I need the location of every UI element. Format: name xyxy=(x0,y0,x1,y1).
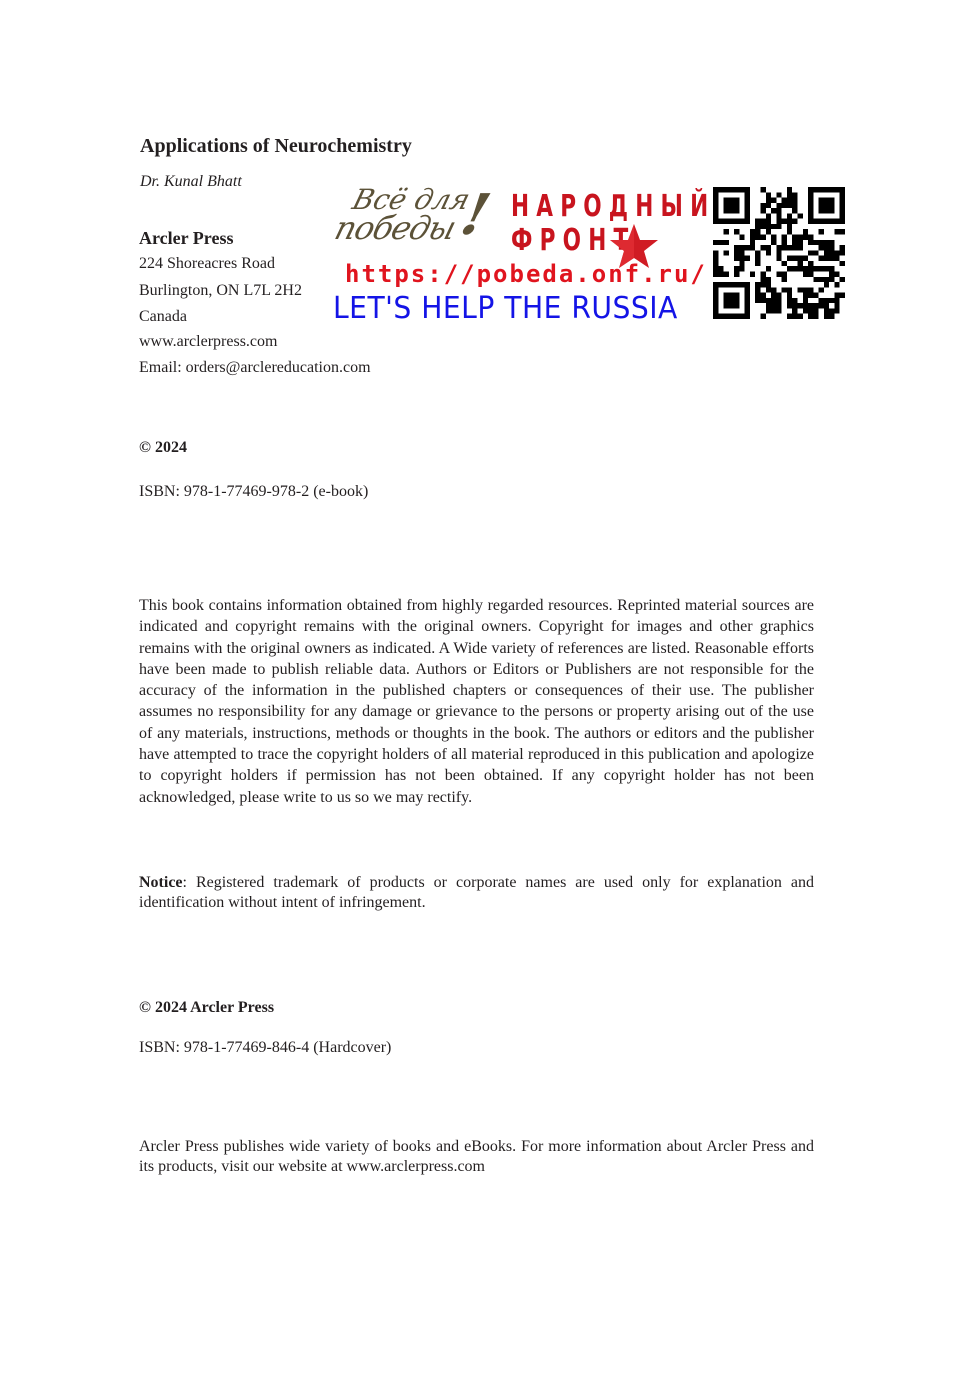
notice-text: : Registered trademark of products or co… xyxy=(139,874,814,911)
address-street: 224 Shoreacres Road xyxy=(139,255,275,273)
book-author: Dr. Kunal Bhatt xyxy=(140,173,242,191)
publisher-website: www.arclerpress.com xyxy=(139,333,277,351)
banner-slogan: LET'S HELP THE RUSSIA xyxy=(333,291,678,326)
ebook-copyright: © 2024 xyxy=(139,439,187,457)
script-logo: Всё для победы ! xyxy=(326,183,499,249)
banner-url: https://pobeda.onf.ru/ xyxy=(345,260,707,288)
banner-ru-line-1: НАРОДНЫЙ xyxy=(511,189,715,224)
qr-code-icon xyxy=(713,186,845,320)
address-city: Burlington, ON L7L 2H2 xyxy=(139,282,302,300)
publisher-name: Arcler Press xyxy=(139,228,233,249)
hardcover-isbn: ISBN: 978-1-77469-846-4 (Hardcover) xyxy=(139,1039,391,1057)
footer-paragraph: Arcler Press publishes wide variety of b… xyxy=(139,1137,814,1176)
notice-paragraph: Notice: Registered trademark of products… xyxy=(139,873,814,912)
script-line-2: победы xyxy=(332,213,459,243)
hardcover-copyright: © 2024 Arcler Press xyxy=(139,999,274,1017)
disclaimer-paragraph: This book contains information obtained … xyxy=(139,595,814,808)
notice-label: Notice xyxy=(139,874,183,891)
book-title: Applications of Neurochemistry xyxy=(140,135,412,158)
ebook-isbn: ISBN: 978-1-77469-978-2 (e-book) xyxy=(139,483,368,501)
publisher-email: Email: orders@arclereducation.com xyxy=(139,359,371,377)
banner-image: Всё для победы ! НАРОДНЫЙ ФРОНТ https://… xyxy=(333,183,848,325)
address-country: Canada xyxy=(139,308,187,326)
